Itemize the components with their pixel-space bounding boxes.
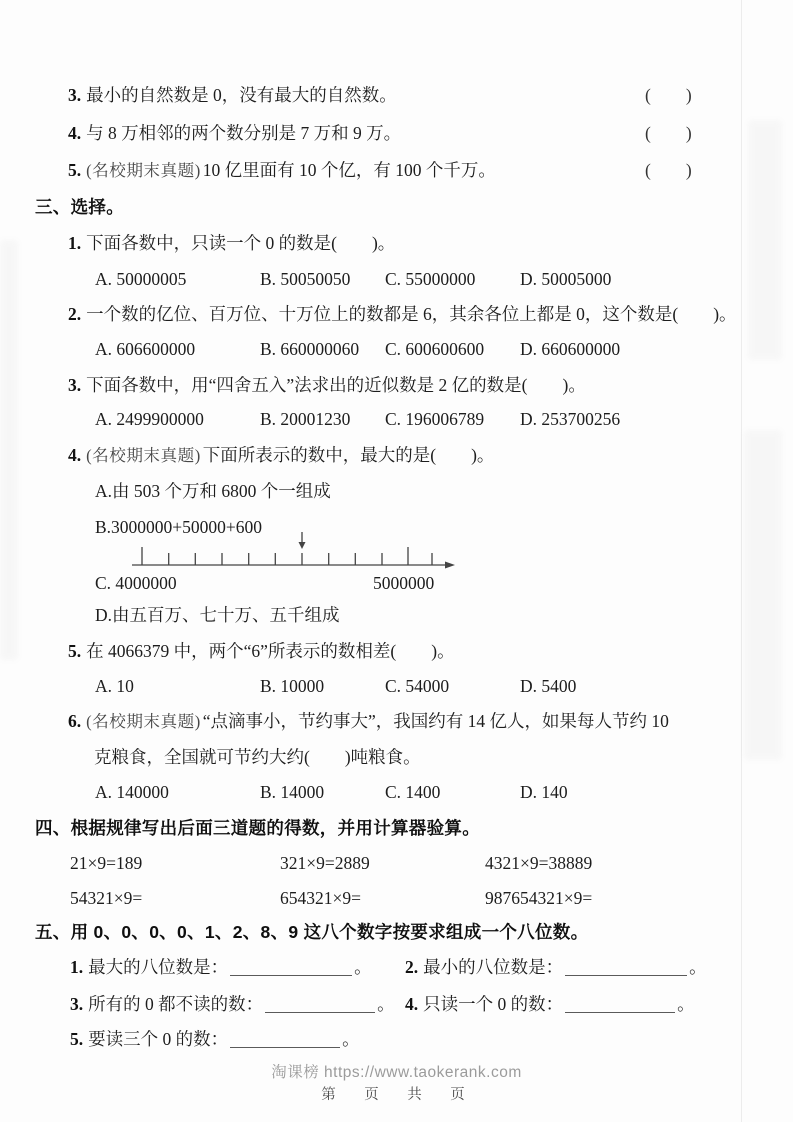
choice-q6-line2: 克粮食，全国就可节约大约( )吨粮食。 — [94, 746, 421, 770]
choice-q6-line1: 6.(名校期末真题)“点滴事小，节约事大”，我国约有 14 亿人，如果每人节约 … — [68, 710, 768, 734]
answer-blank — [230, 973, 352, 976]
option-b: B. 20001230 — [260, 408, 385, 432]
item-number: 3. — [70, 994, 83, 1014]
option-c: C. 55000000 — [385, 268, 520, 292]
choice-q5: 5.在 4066379 中，两个“6”所表示的数相差( )。 — [68, 640, 768, 664]
item-number: 2. — [405, 957, 418, 977]
footer-watermark: 淘课榜 https://www.taokerank.com — [0, 1063, 793, 1084]
choice-q5-options: A. 10 B. 10000 C. 54000 D. 5400 — [95, 675, 755, 699]
period: 。 — [677, 994, 695, 1014]
choice-q4-option-a: A.由 503 个万和 6800 个一组成 — [95, 480, 331, 504]
option-b: B. 50050050 — [260, 268, 385, 292]
question-number: 2. — [68, 304, 81, 324]
answer-parentheses: ( ) — [645, 84, 692, 108]
item-number: 3. — [68, 85, 81, 105]
question-number: 6. — [68, 711, 81, 731]
footer-page-label: 第 页 共 页 — [0, 1086, 793, 1106]
option-c: C. 600600600 — [385, 338, 520, 362]
answer-blank — [565, 973, 687, 976]
compose-item-3: 3.所有的 0 都不读的数：。 — [70, 994, 395, 1014]
choice-q4: 4.(名校期末真题)下面所表示的数中，最大的是( )。 — [68, 444, 768, 468]
question-text: 下面各数中，用“四舍五入”法求出的近似数是 2 亿的数是( )。 — [86, 375, 586, 395]
option-d: D. 140 — [520, 781, 568, 805]
question-text: 下面各数中，只读一个 0 的数是( )。 — [86, 233, 395, 253]
number-line-right-label: 5000000 — [373, 572, 434, 596]
item-label: 要读三个 0 的数： — [88, 1029, 228, 1049]
equation: 654321×9= — [280, 887, 485, 911]
section-title-choice: 三、选择。 — [35, 196, 124, 220]
calc-row-1: 21×9=189 321×9=2889 4321×9=38889 — [70, 852, 770, 876]
item-text: 10 亿里面有 10 个亿，有 100 个千万。 — [203, 160, 496, 180]
worksheet-page: 3.最小的自然数是 0，没有最大的自然数。 ( ) 4.与 8 万相邻的两个数分… — [0, 0, 793, 1122]
question-number: 1. — [68, 233, 81, 253]
equation: 54321×9= — [70, 887, 280, 911]
compose-row-1: 1.最大的八位数是：。 2.最小的八位数是：。 — [70, 956, 770, 980]
item-label: 最小的八位数是： — [423, 957, 563, 977]
question-number: 3. — [68, 375, 81, 395]
calc-row-2: 54321×9= 654321×9= 987654321×9= — [70, 887, 770, 911]
question-number: 4. — [68, 445, 81, 465]
option-d: D. 253700256 — [520, 408, 620, 432]
question-text: 一个数的亿位、百万位、十万位上的数都是 6，其余各位上都是 0，这个数是( )。 — [86, 304, 736, 324]
question-text: 下面所表示的数中，最大的是( )。 — [203, 445, 495, 465]
option-d: D. 5400 — [520, 675, 576, 699]
question-number: 5. — [68, 641, 81, 661]
answer-parentheses: ( ) — [645, 159, 692, 183]
item-number: 5. — [68, 160, 81, 180]
choice-q2-options: A. 606600000 B. 660000060 C. 600600600 D… — [95, 338, 755, 362]
option-d: D. 50005000 — [520, 268, 611, 292]
period: 。 — [689, 957, 707, 977]
item-number: 5. — [70, 1029, 83, 1049]
option-d: D. 660600000 — [520, 338, 620, 362]
period: 。 — [354, 957, 372, 977]
item-label: 只读一个 0 的数： — [423, 994, 563, 1014]
option-a: A. 606600000 — [95, 338, 260, 362]
item-number: 4. — [405, 994, 418, 1014]
option-c: C. 1400 — [385, 781, 520, 805]
equation: 4321×9=38889 — [485, 852, 592, 876]
option-b: B. 10000 — [260, 675, 385, 699]
option-c: C. 54000 — [385, 675, 520, 699]
judge-item-3: 3.最小的自然数是 0，没有最大的自然数。 ( ) — [68, 84, 768, 108]
judge-item-4: 4.与 8 万相邻的两个数分别是 7 万和 9 万。 ( ) — [68, 122, 768, 146]
item-text: 最小的自然数是 0，没有最大的自然数。 — [86, 85, 397, 105]
choice-q4-option-c: C. 4000000 5000000 — [95, 572, 475, 596]
option-b: B. 14000 — [260, 781, 385, 805]
exam-source-tag: (名校期末真题) — [86, 712, 201, 731]
compose-item-4: 4.只读一个 0 的数：。 — [405, 993, 695, 1017]
compose-row-2: 3.所有的 0 都不读的数：。 4.只读一个 0 的数：。 — [70, 993, 770, 1017]
equation: 21×9=189 — [70, 852, 280, 876]
option-a: A. 2499900000 — [95, 408, 260, 432]
choice-q6-options: A. 140000 B. 14000 C. 1400 D. 140 — [95, 781, 755, 805]
item-number: 4. — [68, 123, 81, 143]
item-number: 1. — [70, 957, 83, 977]
answer-blank — [265, 1010, 375, 1013]
answer-blank — [230, 1045, 340, 1048]
bleed-through-smudge — [0, 240, 18, 660]
choice-q3-options: A. 2499900000 B. 20001230 C. 196006789 D… — [95, 408, 755, 432]
option-a: A. 50000005 — [95, 268, 260, 292]
choice-q3: 3.下面各数中，用“四舍五入”法求出的近似数是 2 亿的数是( )。 — [68, 374, 768, 398]
answer-parentheses: ( ) — [645, 122, 692, 146]
equation: 987654321×9= — [485, 887, 592, 911]
item-label: 最大的八位数是： — [88, 957, 228, 977]
number-line-left-label: C. 4000000 — [95, 573, 177, 593]
compose-item-1: 1.最大的八位数是：。 — [70, 957, 372, 977]
choice-q1-options: A. 50000005 B. 50050050 C. 55000000 D. 5… — [95, 268, 755, 292]
question-text: 在 4066379 中，两个“6”所表示的数相差( )。 — [86, 641, 454, 661]
period: 。 — [342, 1029, 360, 1049]
exam-source-tag: (名校期末真题) — [86, 161, 201, 180]
section-title-compose: 五、用 0、0、0、0、1、2、8、9 这八个数字按要求组成一个八位数。 — [35, 921, 588, 945]
choice-q4-option-d: D.由五百万、七十万、五千组成 — [95, 604, 340, 628]
item-text: 与 8 万相邻的两个数分别是 7 万和 9 万。 — [86, 123, 401, 143]
exam-source-tag: (名校期末真题) — [86, 446, 201, 465]
answer-blank — [565, 1010, 675, 1013]
number-line — [95, 527, 467, 573]
equation: 321×9=2889 — [280, 852, 485, 876]
option-c: C. 196006789 — [385, 408, 520, 432]
option-a: A. 140000 — [95, 781, 260, 805]
pointer-arrowhead — [299, 542, 306, 549]
section-title-calc: 四、根据规律写出后面三道题的得数，并用计算器验算。 — [35, 817, 480, 841]
compose-item-2: 2.最小的八位数是：。 — [405, 956, 707, 980]
compose-item-5: 5.要读三个 0 的数：。 — [70, 1029, 360, 1049]
item-label: 所有的 0 都不读的数： — [88, 994, 263, 1014]
question-text: “点滴事小，节约事大”，我国约有 14 亿人，如果每人节约 10 — [203, 711, 669, 731]
judge-item-5: 5.(名校期末真题)10 亿里面有 10 个亿，有 100 个千万。 ( ) — [68, 159, 768, 183]
choice-q2: 2.一个数的亿位、百万位、十万位上的数都是 6，其余各位上都是 0，这个数是( … — [68, 303, 768, 327]
option-a: A. 10 — [95, 675, 260, 699]
axis-arrowhead — [445, 562, 455, 569]
compose-row-3: 5.要读三个 0 的数：。 — [70, 1028, 770, 1052]
choice-q1: 1.下面各数中，只读一个 0 的数是( )。 — [68, 232, 768, 256]
period: 。 — [377, 994, 395, 1014]
option-b: B. 660000060 — [260, 338, 385, 362]
